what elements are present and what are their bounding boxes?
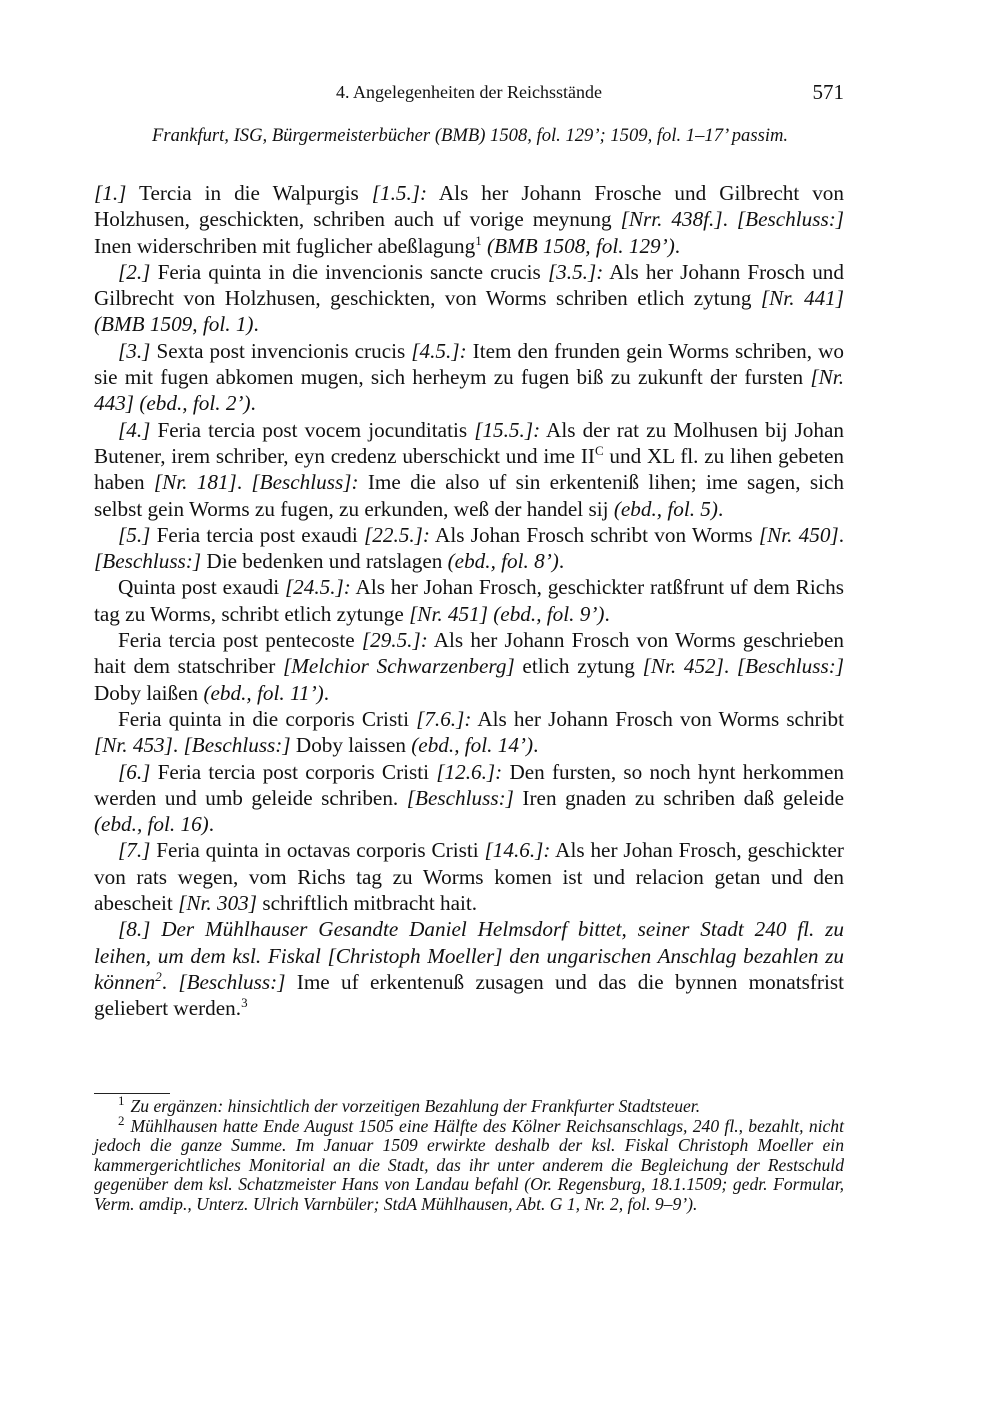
footnote-ref-3[interactable]: 3	[241, 995, 248, 1010]
entry-4: [4.] Feria tercia post vocem jocunditati…	[94, 417, 844, 522]
entry-7: [7.] Feria quinta in octavas corporis Cr…	[94, 837, 844, 916]
entry-1: [1.] Tercia in die Walpurgis [1.5.]: Als…	[94, 180, 844, 259]
page-number: 571	[813, 80, 845, 105]
entry-3: [3.] Sexta post invencionis crucis [4.5.…	[94, 338, 844, 417]
entry-pentecoste: Feria tercia post pentecoste [29.5.]: Al…	[94, 627, 844, 706]
entry-8: [8.] Der Mühlhauser Gesandte Daniel Helm…	[94, 916, 844, 1021]
footnote-rule	[94, 1093, 170, 1094]
entry-5: [5.] Feria tercia post exaudi [22.5.]: A…	[94, 522, 844, 575]
main-text: [1.] Tercia in die Walpurgis [1.5.]: Als…	[94, 180, 844, 1022]
footnote-2: 2Mühlhausen hatte Ende August 1505 eine …	[94, 1117, 844, 1215]
entry-2: [2.] Feria quinta in die invencionis san…	[94, 259, 844, 338]
footnotes: 1Zu ergänzen: hinsichtlich der vorzeitig…	[94, 1097, 844, 1214]
source-note: Frankfurt, ISG, Bürgermeisterbücher (BMB…	[152, 124, 844, 148]
footnote-1: 1Zu ergänzen: hinsichtlich der vorzeitig…	[94, 1097, 844, 1117]
page-header: 4. Angelegenheiten der Reichsstände 571	[94, 80, 844, 108]
entry-quinta-post-exaudi: Quinta post exaudi [24.5.]: Als her Joha…	[94, 574, 844, 627]
entry-6: [6.] Feria tercia post corporis Cristi […	[94, 759, 844, 838]
entry-corporis-cristi: Feria quinta in die corporis Cristi [7.6…	[94, 706, 844, 759]
running-title: 4. Angelegenheiten der Reichsstände	[94, 82, 844, 103]
